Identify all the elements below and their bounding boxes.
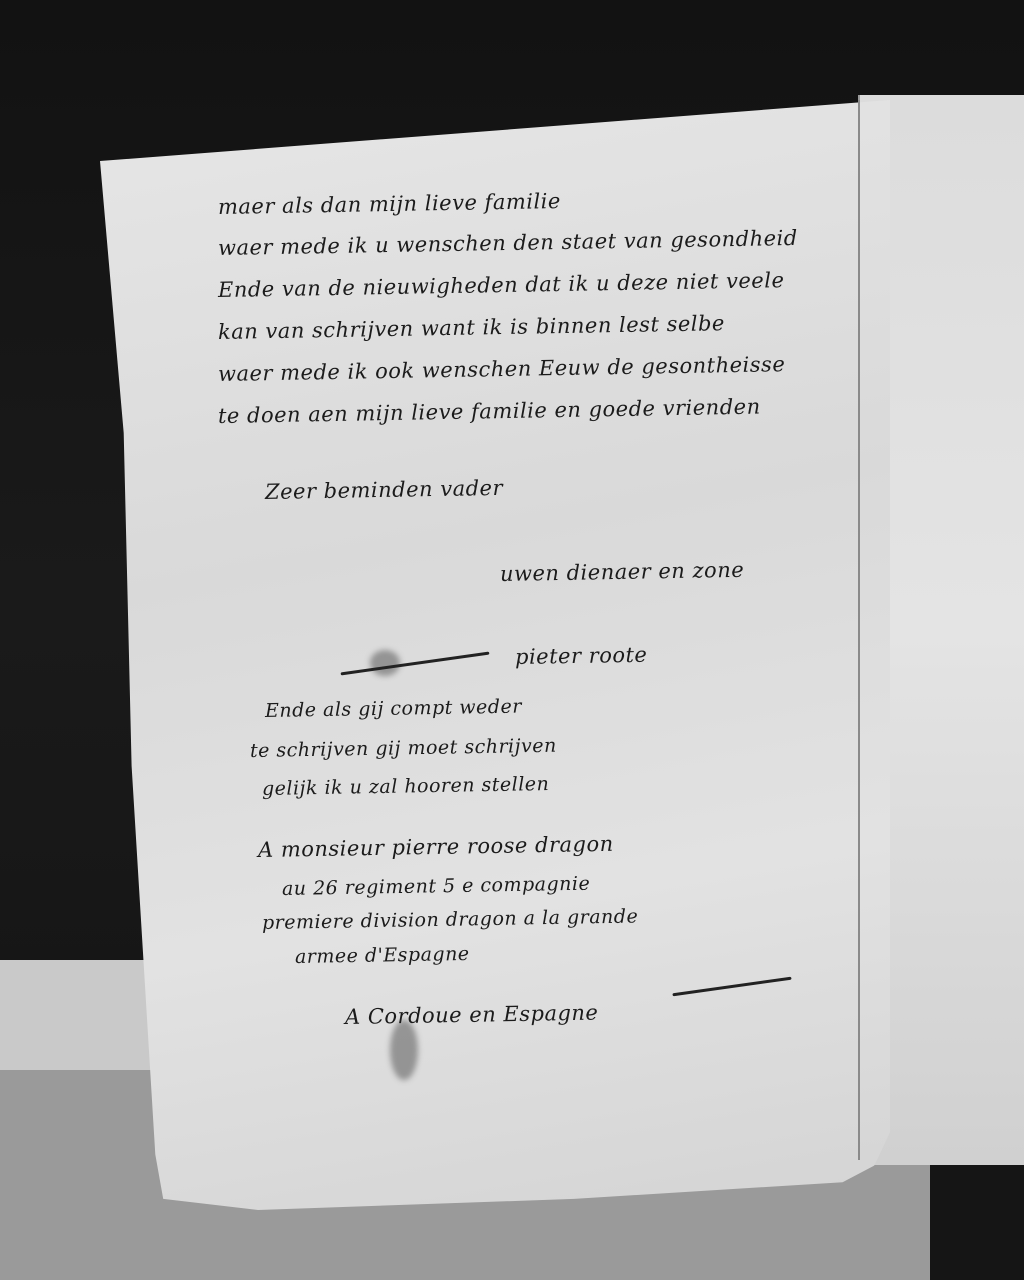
address-line: armee d'Espagne	[295, 943, 470, 968]
ink-stain	[370, 650, 400, 676]
postscript-line: Ende als gij compt weder	[265, 696, 522, 722]
signature: pieter roote	[515, 643, 648, 669]
ink-stain	[390, 1020, 418, 1080]
shadow-corner	[930, 1160, 1024, 1280]
closing: Zeer beminden vader	[265, 476, 503, 504]
address-destination: A Cordoue en Espagne	[345, 1001, 599, 1029]
sign-off: uwen dienaer en zone	[500, 558, 745, 586]
letter-page	[100, 100, 890, 1210]
page-fold	[858, 100, 860, 1160]
